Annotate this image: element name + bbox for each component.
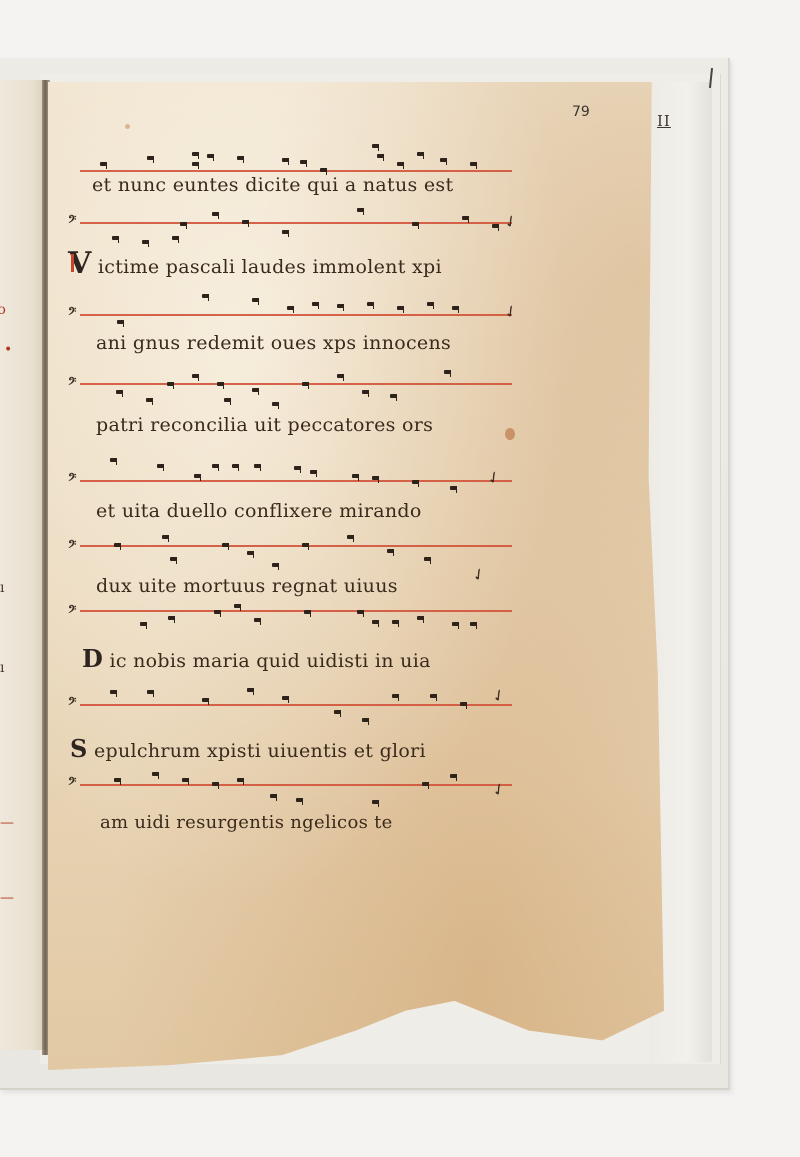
neume xyxy=(357,208,364,212)
neume xyxy=(412,222,419,226)
neume xyxy=(254,464,261,468)
decorated-initial: S xyxy=(70,734,88,763)
staff-line xyxy=(80,545,512,547)
neume xyxy=(362,718,369,722)
neume xyxy=(302,382,309,386)
neume xyxy=(470,622,477,626)
neume xyxy=(110,458,117,462)
ink-stroke: ı xyxy=(0,580,4,596)
staff-line xyxy=(80,704,512,706)
lyric-line: am uidi resurgentis ngelicos te xyxy=(100,812,393,833)
custos-icon: ✓ xyxy=(468,563,489,586)
neume xyxy=(392,620,399,624)
music-system-1: et nunc euntes dicite qui a natus est xyxy=(72,150,512,205)
lyric-line: S epulchrum xpisti uiuentis et glori xyxy=(70,734,426,763)
neume xyxy=(272,563,279,567)
neume xyxy=(310,470,317,474)
neume xyxy=(312,302,319,306)
foxing-stain xyxy=(125,124,130,129)
neume xyxy=(300,160,307,164)
neume xyxy=(142,240,149,244)
neume xyxy=(337,304,344,308)
neume xyxy=(247,688,254,692)
neume xyxy=(347,535,354,539)
neume xyxy=(237,778,244,782)
neume xyxy=(282,230,289,234)
neume xyxy=(302,543,309,547)
neume xyxy=(212,212,219,216)
neume xyxy=(140,622,147,626)
neume xyxy=(172,236,179,240)
f-clef-icon: 𝄢 xyxy=(68,376,76,391)
lyric-text: ic nobis maria quid uidisti in uia xyxy=(109,650,430,672)
neume xyxy=(252,388,259,392)
neume xyxy=(224,398,231,402)
music-system-4: 𝄢 patri reconcilia uit peccatores ors xyxy=(72,370,512,450)
neume xyxy=(202,294,209,298)
neume xyxy=(282,158,289,162)
f-clef-icon: 𝄢 xyxy=(68,472,76,487)
f-clef-icon: 𝄢 xyxy=(68,214,76,229)
ink-stroke: ı xyxy=(0,660,4,676)
f-clef-icon: 𝄢 xyxy=(68,306,76,321)
neume xyxy=(450,774,457,778)
neume xyxy=(116,390,123,394)
music-system-3: 𝄢 ✓ ani gnus redemit oues xps innocens xyxy=(72,300,512,365)
mount-label: II xyxy=(657,112,671,130)
neume xyxy=(417,152,424,156)
neume xyxy=(146,398,153,402)
neume xyxy=(242,220,249,224)
music-system-9: 𝄢 ✓ am uidi resurgentis ngelicos te xyxy=(72,768,512,848)
staff-line xyxy=(80,480,512,482)
neume xyxy=(192,374,199,378)
decorated-initial: D xyxy=(82,644,103,673)
neume xyxy=(450,486,457,490)
verso-page-edge: ɔ • ı ı — — xyxy=(0,80,46,1050)
neume xyxy=(157,464,164,468)
neume xyxy=(304,610,311,614)
neume xyxy=(212,464,219,468)
folio-number: 79 xyxy=(572,104,590,120)
neume xyxy=(162,535,169,539)
neume xyxy=(152,772,159,776)
neume xyxy=(214,610,221,614)
neume xyxy=(427,302,434,306)
staff-line xyxy=(80,784,512,786)
neume xyxy=(202,698,209,702)
neume xyxy=(367,302,374,306)
custos-icon: ✓ xyxy=(483,466,504,489)
neume xyxy=(452,622,459,626)
neume xyxy=(390,394,397,398)
neume xyxy=(117,320,124,324)
staff-line xyxy=(80,610,512,612)
neume xyxy=(110,690,117,694)
neume xyxy=(222,543,229,547)
staff-line xyxy=(80,314,512,316)
neume xyxy=(440,158,447,162)
neume xyxy=(270,794,277,798)
f-clef-icon: 𝄢 xyxy=(68,539,76,554)
neume xyxy=(207,154,214,158)
neume xyxy=(296,798,303,802)
f-clef-icon: 𝄢 xyxy=(68,696,76,711)
neume xyxy=(180,222,187,226)
neume xyxy=(192,152,199,156)
neume xyxy=(170,557,177,561)
music-system-8: 𝄢 ✓ S epulchrum xpisti uiuentis et glori xyxy=(72,690,512,770)
decorated-initial: V xyxy=(68,246,92,281)
lyric-line: patri reconcilia uit peccatores ors xyxy=(96,414,433,436)
music-system-7: 𝄢 D ic nobis maria quid uidisti in uia xyxy=(72,600,512,680)
lyric-line: et uita duello conflixere mirando xyxy=(96,500,422,522)
neume xyxy=(294,466,301,470)
neume xyxy=(334,710,341,714)
neume xyxy=(147,156,154,160)
neume xyxy=(460,702,467,706)
neume xyxy=(372,476,379,480)
neume xyxy=(182,778,189,782)
neume xyxy=(372,620,379,624)
neume xyxy=(397,162,404,166)
neume xyxy=(112,236,119,240)
photograph-scene: II ɔ • ı ı — — 79 et nunc euntes dicite … xyxy=(0,0,800,1157)
neume xyxy=(234,604,241,608)
neume xyxy=(387,549,394,553)
lyric-text: am uidi resurgentis ngelicos te xyxy=(100,812,393,833)
rubric-dot: • xyxy=(4,342,12,358)
lyric-text: ictime pascali laudes immolent xpi xyxy=(98,256,442,278)
neume xyxy=(232,464,239,468)
neume xyxy=(167,382,174,386)
neume xyxy=(492,224,499,228)
neume xyxy=(192,162,199,166)
lyric-text: patri reconcilia uit peccatores ors xyxy=(96,414,433,436)
f-clef-icon: 𝄢 xyxy=(68,776,76,791)
neume xyxy=(412,480,419,484)
staff-line xyxy=(80,170,512,172)
neume xyxy=(252,298,259,302)
neume xyxy=(452,306,459,310)
lyric-line: ani gnus redemit oues xps innocens xyxy=(96,332,451,354)
rubric-line: — xyxy=(0,815,14,831)
music-system-2: 𝄢 ✓ V ictime pascali laudes immolent xpi xyxy=(72,212,512,282)
neume xyxy=(372,144,379,148)
staff-line xyxy=(80,222,512,224)
neume xyxy=(397,306,404,310)
neume xyxy=(372,800,379,804)
lyric-line: V ictime pascali laudes immolent xpi xyxy=(68,246,442,281)
lyric-text: epulchrum xpisti uiuentis et glori xyxy=(94,740,426,762)
neume xyxy=(100,162,107,166)
neume xyxy=(114,778,121,782)
neume xyxy=(357,610,364,614)
rubric-line: — xyxy=(0,890,14,906)
f-clef-icon: 𝄢 xyxy=(68,604,76,619)
neume xyxy=(320,168,327,172)
neume xyxy=(462,216,469,220)
music-system-6: 𝄢 ✓ dux uite mortuus regnat uiuus xyxy=(72,535,512,605)
neume xyxy=(147,690,154,694)
neume xyxy=(272,402,279,406)
staff-line xyxy=(80,383,512,385)
neume xyxy=(377,154,384,158)
neume xyxy=(422,782,429,786)
neume xyxy=(194,474,201,478)
lyric-line: dux uite mortuus regnat uiuus xyxy=(96,575,398,597)
neume xyxy=(417,616,424,620)
neume xyxy=(217,382,224,386)
neume xyxy=(424,557,431,561)
neume xyxy=(114,543,121,547)
neume xyxy=(392,694,399,698)
neume xyxy=(254,618,261,622)
neume xyxy=(168,616,175,620)
lyric-line: et nunc euntes dicite qui a natus est xyxy=(92,174,453,196)
neume xyxy=(287,306,294,310)
neume xyxy=(237,156,244,160)
neume xyxy=(282,696,289,700)
neume xyxy=(444,370,451,374)
neume xyxy=(362,390,369,394)
neume xyxy=(470,162,477,166)
custos-icon: ✓ xyxy=(488,778,509,801)
neume xyxy=(352,474,359,478)
music-system-5: 𝄢 ✓ et uita duello conflixere mirando xyxy=(72,450,512,530)
neume xyxy=(247,551,254,555)
lyric-line: D ic nobis maria quid uidisti in uia xyxy=(82,644,431,673)
rubric-mark: ɔ xyxy=(0,302,6,318)
neume xyxy=(430,694,437,698)
neume xyxy=(337,374,344,378)
neume xyxy=(212,782,219,786)
